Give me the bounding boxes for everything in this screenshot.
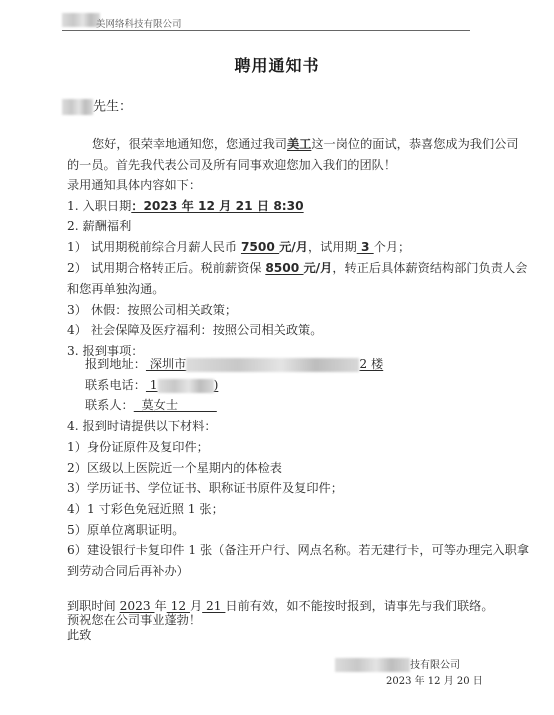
letterhead-company: 美网络科技有限公司 bbox=[96, 16, 182, 30]
redacted-signature-company bbox=[335, 658, 410, 672]
redacted-address bbox=[186, 358, 359, 372]
document-title: 聘用通知书 bbox=[0, 53, 554, 76]
report-contact: 联系人： 莫女士 bbox=[85, 397, 217, 413]
start-date: 1. 入职日期：2023 年 12 月 21 日 8:30 bbox=[67, 198, 304, 214]
redacted-company-name bbox=[62, 13, 100, 27]
intro-line-3: 录用通知具体内容如下： bbox=[67, 177, 201, 193]
social-benefits: 4） 社会保障及医疗福利：按照公司相关政策。 bbox=[67, 322, 322, 338]
intro-line-2: 的一员。首先我代表公司及所有同事欢迎您加入我们的团队！ bbox=[67, 157, 396, 173]
signature-date: 2023 年 12 月 20 日 bbox=[386, 674, 483, 690]
materials-heading: 4. 报到时请提供以下材料： bbox=[67, 418, 217, 434]
signature-company: 技有限公司 bbox=[335, 658, 460, 674]
closing-wish: 预祝您在公司事业蓬勃！ bbox=[67, 612, 201, 628]
redacted-phone bbox=[158, 379, 214, 393]
material-item: 2）区级以上医院近一个星期内的体检表 bbox=[67, 460, 282, 476]
material-item: 3）学历证书、学位证书、职称证书原件及复印件； bbox=[67, 480, 343, 496]
report-phone: 联系电话： 1) bbox=[85, 377, 218, 393]
material-item: 5）原单位离职证明。 bbox=[67, 522, 184, 538]
salary-probation: 1） 试用期税前综合月薪人民币 7500 元/月，试用期 3 个月； bbox=[67, 239, 410, 255]
report-address: 报到地址： 深圳市2 楼 bbox=[85, 356, 383, 372]
vacation-policy: 3） 休假：按照公司相关政策； bbox=[67, 302, 237, 318]
material-item: 1）身份证原件及复印件； bbox=[67, 439, 209, 455]
salary-regular: 2） 试用期合格转正后。税前薪资保 8500 元/月，转正后具体薪资结构部门负责… bbox=[67, 260, 527, 276]
material-item: 到劳动合同后再补办） bbox=[67, 563, 189, 579]
salary-heading: 2. 薪酬福利 bbox=[67, 218, 131, 234]
redacted-recipient-name bbox=[62, 99, 93, 115]
salutation: 先生： bbox=[62, 99, 132, 116]
intro-line-1: 您好，很荣幸地通知您，您通过我司美工这一岗位的面试，恭喜您成为我们公司 bbox=[92, 136, 519, 152]
header-divider bbox=[62, 30, 470, 31]
position-name: 美工 bbox=[287, 137, 311, 151]
material-item: 6）建设银行卡复印件 1 张（备注开户行、网点名称。若无建行卡，可等办理完入职拿 bbox=[67, 542, 529, 558]
material-item: 4）1 寸彩色免冠近照 1 张； bbox=[67, 501, 224, 517]
salary-regular-cont: 和您再单独沟通。 bbox=[67, 281, 165, 297]
closing-regards: 此致 bbox=[67, 627, 91, 643]
